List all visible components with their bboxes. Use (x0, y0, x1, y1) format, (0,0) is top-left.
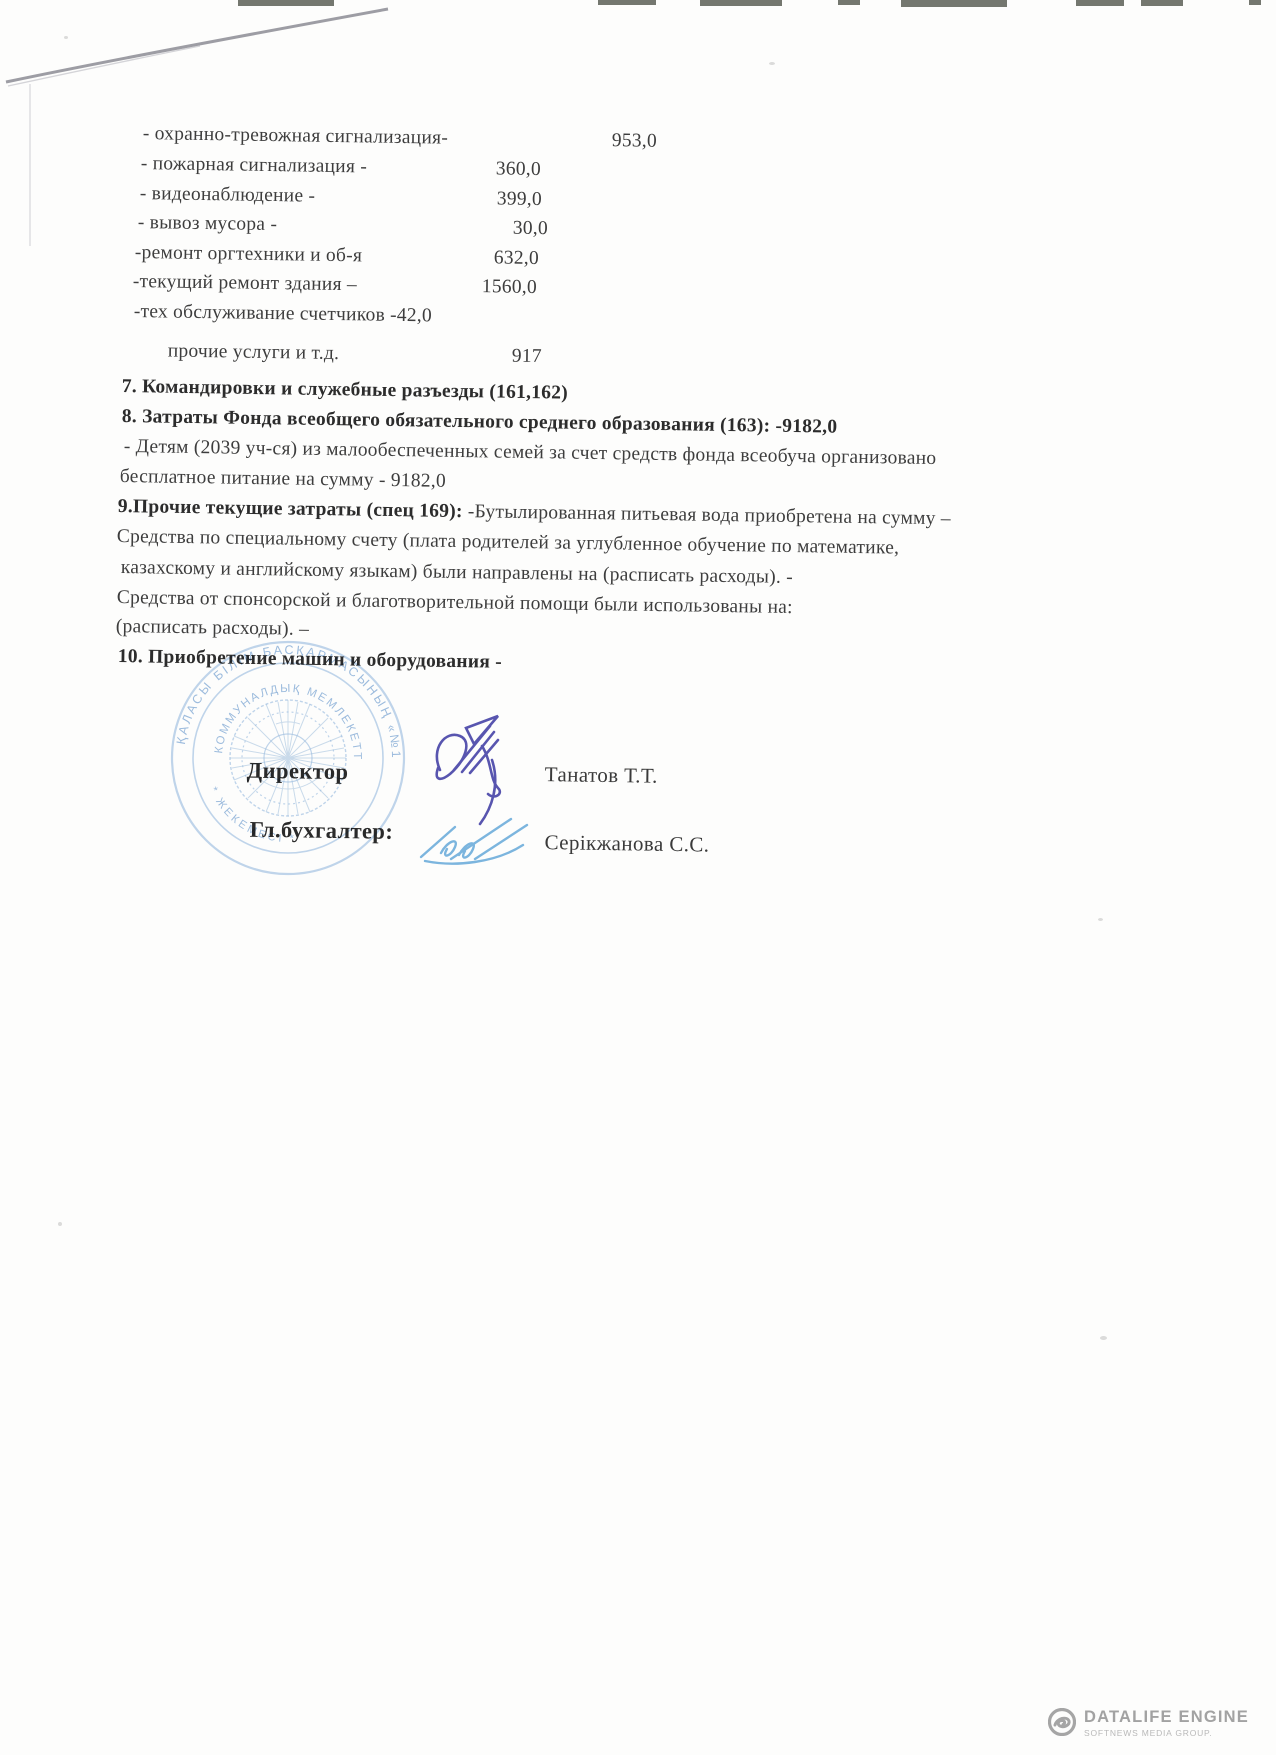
expense-label: -тех обслуживание счетчиков -42,0 (134, 301, 432, 327)
expense-label: -текущий ремонт здания – (133, 271, 357, 296)
accountant-name: Серікжанова С.С. (544, 830, 709, 857)
scan-edge-mark (1141, 0, 1183, 6)
expense-value: 1560,0 (482, 276, 537, 299)
svg-text:КОММУНАЛДЫҚ МЕМЛЕКЕТТІК МЕКЕМЕ: КОММУНАЛДЫҚ МЕМЛЕКЕТТІК МЕКЕМЕСІ (138, 608, 363, 761)
paragraph-bold: 8. Затраты Фонда всеобщего обязательного… (122, 406, 838, 438)
scan-speck (1098, 918, 1103, 921)
paragraph-text: Средства по специальному счету (плата ро… (117, 526, 900, 559)
stamp-inner-text: КОММУНАЛДЫҚ МЕМЛЕКЕТТІК МЕКЕМЕСІ (138, 608, 363, 761)
paragraph: - Детям (2039 уч-ся) из малообеспеченных… (124, 436, 937, 470)
paragraph-bold: 9.Прочие текущие затраты (спец 169): (118, 496, 463, 522)
expense-label: - видеонаблюдение - (140, 183, 316, 208)
scan-speck (769, 62, 775, 65)
paragraph-text: казахскому и английскому языкам) были на… (121, 557, 793, 588)
expense-label: - пожарная сигнализация - (141, 153, 368, 178)
official-round-stamp: ҚАЛАСЫ БІЛІМ БАСҚАРМАСЫНЫҢ «№177 ЖАЛПЫ Б… (138, 608, 438, 908)
paragraph: казахскому и английскому языкам) были на… (121, 557, 793, 589)
scan-speck (64, 36, 68, 39)
paragraph-text: - Детям (2039 уч-ся) из малообеспеченных… (124, 436, 937, 469)
expense-label: -ремонт оргтехники и об-я (135, 242, 363, 267)
paragraph: 8. Затраты Фонда всеобщего обязательного… (122, 406, 838, 439)
svg-text:ҚАЛАСЫ БІЛІМ БАСҚАРМАСЫНЫҢ «№1: ҚАЛАСЫ БІЛІМ БАСҚАРМАСЫНЫҢ «№177 ЖАЛПЫ Б… (138, 608, 403, 760)
paragraph: бесплатное питание на сумму - 9182,0 (120, 466, 446, 493)
paragraph: Средства по специальному счету (плата ро… (117, 526, 900, 560)
expense-value: 30,0 (513, 218, 548, 241)
paragraph-bold: 7. Командировки и служебные разъезды (16… (122, 376, 568, 404)
expense-value: 632,0 (494, 247, 539, 270)
scan-edge-mark (1249, 0, 1261, 5)
expense-value: 360,0 (496, 158, 541, 181)
scanned-document-page: - охранно-тревожная сигнализация- 953,0 … (0, 0, 1276, 1755)
stamp-outer-text: ҚАЛАСЫ БІЛІМ БАСҚАРМАСЫНЫҢ «№177 ЖАЛПЫ Б… (138, 608, 403, 760)
scan-speck (58, 1222, 62, 1226)
paragraph-text: бесплатное питание на сумму - 9182,0 (120, 466, 446, 492)
scan-edge-mark (838, 0, 860, 5)
datalife-eye-icon (1048, 1708, 1076, 1736)
scan-edge-mark (700, 0, 782, 6)
logo-text: DATALIFE ENGINE (1084, 1708, 1270, 1727)
paragraph: 7. Командировки и служебные разъезды (16… (122, 376, 568, 405)
expense-label: - охранно-тревожная сигнализация- (143, 123, 449, 150)
expense-label: - вывоз мусора - (138, 212, 278, 236)
expense-value: 917 (512, 346, 542, 368)
expense-label: прочие услуги и т.д. (168, 340, 340, 365)
scan-edge-mark (598, 0, 656, 5)
accountant-signature-ink (415, 805, 555, 865)
expense-value: 953,0 (612, 130, 657, 153)
director-name: Танатов Т.Т. (545, 762, 658, 789)
paragraph-text: -Бутылированная питьевая вода приобретен… (463, 501, 951, 529)
expense-value: 399,0 (497, 188, 542, 211)
scan-speck (1100, 1336, 1107, 1340)
paragraph: 9.Прочие текущие затраты (спец 169): -Бу… (118, 496, 951, 530)
scan-edge-mark (901, 0, 1007, 7)
scan-edge-mark (1076, 0, 1124, 6)
datalife-engine-logo: DATALIFE ENGINE SOFTNEWS MEDIA GROUP. (1080, 1708, 1270, 1738)
logo-subtext: SOFTNEWS MEDIA GROUP. (1084, 1728, 1270, 1738)
